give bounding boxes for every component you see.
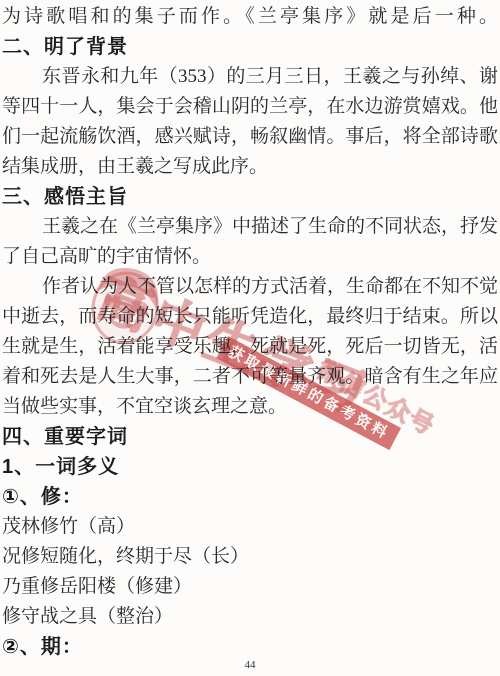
text-line: 乃重修岳阳楼（修建） bbox=[2, 572, 498, 602]
text-line: 着和死去是人生大事，二者不可等量齐观。暗含有生之年应 bbox=[2, 362, 498, 392]
text-line: 东晋永和九年（353）的三月三日，王羲之与孙绰、谢安 bbox=[2, 62, 498, 92]
text-line: 王羲之在《兰亭集序》中描述了生命的不同状态，抒发 bbox=[2, 212, 498, 242]
text-line: 等四十一人，集会于会稽山阴的兰亭，在水边游赏嬉戏。他 bbox=[2, 92, 498, 122]
section-heading: ①、修： bbox=[2, 482, 498, 512]
section-heading: 二、明了背景 bbox=[2, 32, 498, 62]
text-lines: 为诗歌唱和的集子而作。《兰亭集序》就是后一种。二、明了背景东晋永和九年（353）… bbox=[2, 2, 498, 662]
document-page: 高中生学习 微信公众号 获取最新鲜的备考资料 为诗歌唱和的集子而作。《兰亭集序》… bbox=[0, 0, 500, 676]
section-heading: 1、一词多义 bbox=[2, 452, 498, 482]
text-line: 茂林修竹（高） bbox=[2, 512, 498, 542]
text-line: 况修短随化，终期于尽（长） bbox=[2, 542, 498, 572]
text-line: 结集成册，由王羲之写成此序。 bbox=[2, 152, 498, 182]
page-number: 44 bbox=[0, 659, 500, 671]
text-line: 中逝去，而寿命的短长只能听凭造化，最终归于结束。所以 bbox=[2, 302, 498, 332]
section-heading: ②、期： bbox=[2, 632, 498, 662]
text-line: 为诗歌唱和的集子而作。《兰亭集序》就是后一种。 bbox=[2, 2, 498, 32]
text-line: 了自己高旷的宇宙情怀。 bbox=[2, 242, 498, 272]
section-heading: 三、感悟主旨 bbox=[2, 182, 498, 212]
text-line: 修守战之具（整治） bbox=[2, 602, 498, 632]
section-heading: 四、重要字词 bbox=[2, 422, 498, 452]
text-line: 们一起流觞饮酒，感兴赋诗，畅叙幽情。事后，将全部诗歌 bbox=[2, 122, 498, 152]
text-line: 生就是生，活着能享受乐趣，死就是死，死后一切皆无，活 bbox=[2, 332, 498, 362]
text-line: 作者认为人不管以怎样的方式活着，生命都在不知不觉 bbox=[2, 272, 498, 302]
text-line: 当做些实事，不宜空谈玄理之意。 bbox=[2, 392, 498, 422]
